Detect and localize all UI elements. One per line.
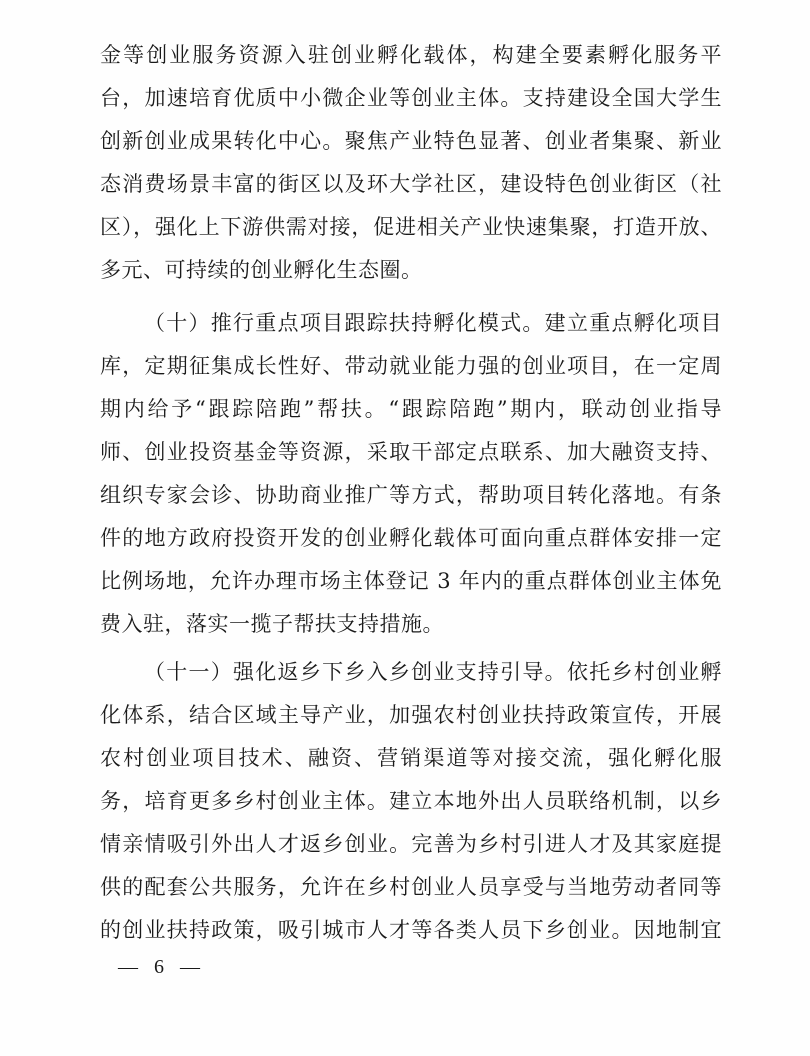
- text-line: 师、创业投资基金等资源，采取干部定点联系、加大融资支持、: [100, 437, 722, 467]
- text-line: 件的地方政府投资开发的创业孵化载体可面向重点群体安排一定: [100, 523, 722, 553]
- page-number: — 6 —: [118, 954, 202, 980]
- text-line: 多元、可持续的创业孵化生态圈。: [100, 255, 722, 285]
- text-line: 费入驻，落实一揽子帮扶支持措施。: [100, 609, 722, 639]
- text-line: 的创业扶持政策，吸引城市人才等各类人员下乡创业。因地制宜: [100, 915, 722, 945]
- text-line: 情亲情吸引外出人才返乡创业。完善为乡村引进人才及其家庭提: [100, 829, 722, 859]
- text-line: 农村创业项目技术、融资、营销渠道等对接交流，强化孵化服: [100, 743, 722, 773]
- document-page: 金等创业服务资源入驻创业孵化载体，构建全要素孵化服务平 台，加速培育优质中小微企…: [0, 0, 810, 1056]
- text-line: 态消费场景丰富的街区以及环大学社区，建设特色创业街区（社: [100, 169, 722, 199]
- text-line: 化体系，结合区域主导产业，加强农村创业扶持政策宣传，开展: [100, 700, 722, 730]
- text-line: 库，定期征集成长性好、带动就业能力强的创业项目，在一定周: [100, 351, 722, 381]
- section-heading-line: （十）推行重点项目跟踪扶持孵化模式。建立重点孵化项目: [144, 308, 722, 338]
- text-line: 金等创业服务资源入驻创业孵化载体，构建全要素孵化服务平: [100, 40, 722, 70]
- text-line: 创新创业成果转化中心。聚焦产业特色显著、创业者集聚、新业: [100, 126, 722, 156]
- text-line: 组织专家会诊、协助商业推广等方式，帮助项目转化落地。有条: [100, 480, 722, 510]
- text-line: 区），强化上下游供需对接，促进相关产业快速集聚，打造开放、: [100, 212, 722, 242]
- section-heading-line: （十一）强化返乡下乡入乡创业支持引导。依托乡村创业孵: [144, 657, 722, 687]
- text-line: 台，加速培育优质中小微企业等创业主体。支持建设全国大学生: [100, 83, 722, 113]
- text-line: 务，培育更多乡村创业主体。建立本地外出人员联络机制，以乡: [100, 786, 722, 816]
- text-line: 比例场地，允许办理市场主体登记 3 年内的重点群体创业主体免: [100, 566, 722, 596]
- text-line: 供的配套公共服务，允许在乡村创业人员享受与当地劳动者同等: [100, 872, 722, 902]
- text-line: 期内给予“跟踪陪跑”帮扶。“跟踪陪跑”期内，联动创业指导: [100, 394, 722, 424]
